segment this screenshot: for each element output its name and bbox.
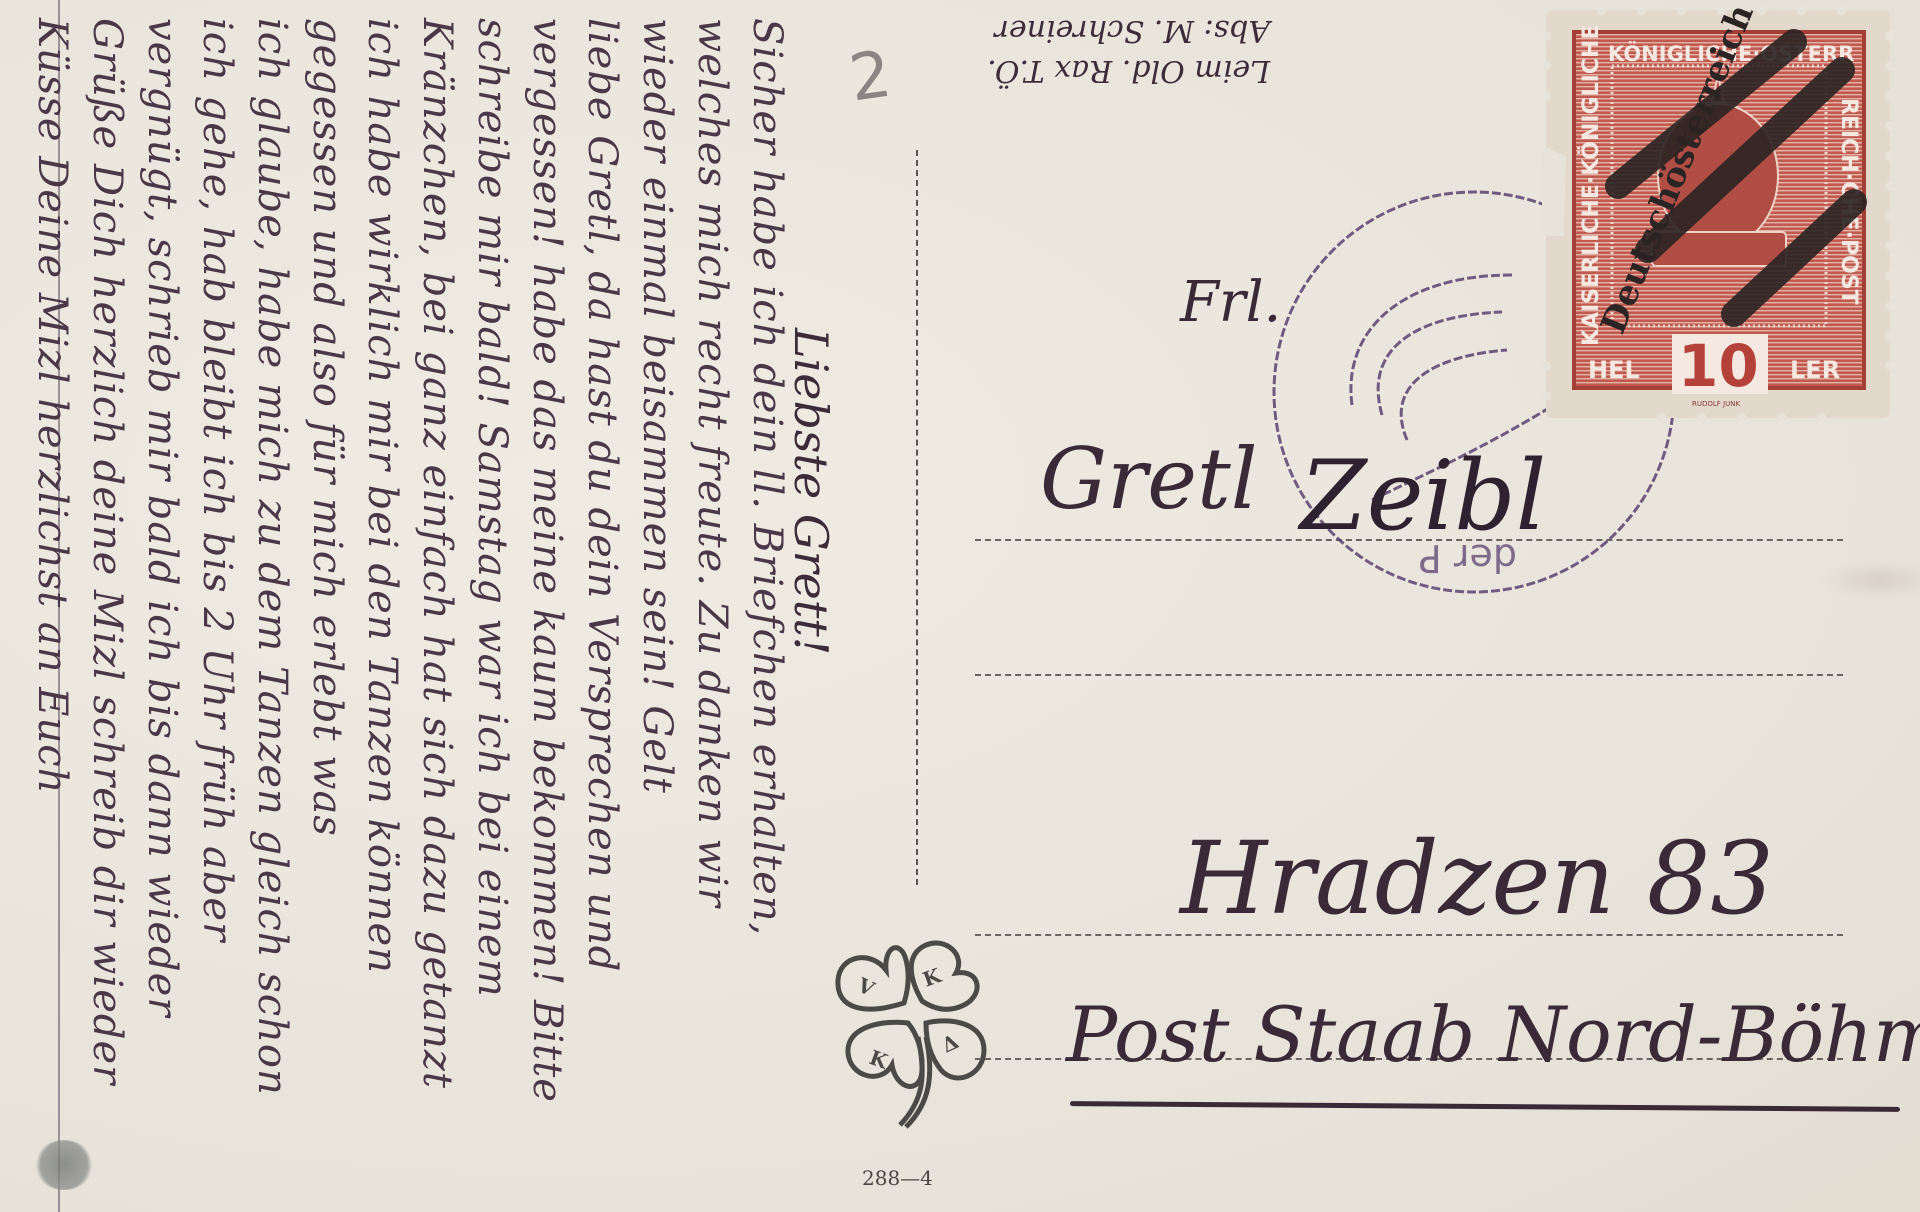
postcard: Sicher habe ich dein ll. Briefchen erhal… <box>0 0 1920 1212</box>
pencil-annotation: 2 <box>845 38 896 117</box>
message-line: wieder einmal beisammen sein! Gelt <box>634 18 680 794</box>
message-line: vergessen! habe das meine kaum bekommen!… <box>524 18 570 1103</box>
message-line: ich gehe, hab bleibt ich bis 2 Uhr früh … <box>194 18 240 942</box>
message-line: Grüße Dich herzlich deine Mizl schreib d… <box>84 18 130 1085</box>
corner-embossed-mark <box>34 1140 94 1190</box>
stamp-denomination-right: LER <box>1790 356 1840 384</box>
recipient-street: Hradzen 83 <box>1180 820 1774 937</box>
postage-stamp: KÖNIGLICHE·OSTERR KAISERLICHE·KÖNIGLICHE… <box>1542 6 1894 422</box>
message-line: Küsse Deine Mizl herzlichst an Euch <box>29 18 75 794</box>
sender-address: Leim Old. Rax T.Ö. Abs: M. Schreiner <box>940 10 1270 90</box>
message-line: ich glaube, habe mich zu dem Tanzen glei… <box>249 18 295 1096</box>
post-line-underline <box>1070 1101 1900 1112</box>
message-line: welches mich recht freute. Zu danken wir <box>689 18 735 908</box>
logo-letter: Δ <box>938 1029 962 1057</box>
stamp-denomination: 10 <box>1678 332 1759 400</box>
message-line: Kränzchen, bei ganz einfach hat sich daz… <box>414 18 460 1089</box>
message-line: vergnügt, schrieb mir bald ich bis dann … <box>139 18 185 1017</box>
recipient-post-line: Post Staab Nord-Böhmen <box>1066 990 1920 1079</box>
address-line-2 <box>975 674 1843 676</box>
logo-letter: K <box>920 963 945 992</box>
print-number: 288—4 <box>862 1166 933 1190</box>
sender-line: Leim Old. Rax T.Ö. <box>940 50 1270 90</box>
message-line: ich habe wirklich mir bei den Tanzen kön… <box>359 18 405 974</box>
stamp-left-text: KAISERLICHE·KÖNIGLICHE <box>1578 25 1604 346</box>
logo-letter: V <box>853 972 879 1001</box>
message-line: liebe Gretl, da hast du dein Versprechen… <box>579 18 625 972</box>
sender-line: Abs: M. Schreiner <box>940 10 1270 50</box>
recipient-first-name: Gretl <box>1040 430 1258 528</box>
message-salutation: Liebste Grett! <box>784 328 838 655</box>
four-leaf-clover-logo-icon: V K Δ K <box>826 925 1006 1135</box>
recipient-last-name: Zeibl <box>1300 440 1546 552</box>
center-divider <box>916 150 918 885</box>
stamp-engraver: RUDOLF JUNK <box>1692 400 1740 408</box>
message-line: schreibe mir bald! Samstag war ich bei e… <box>469 18 515 998</box>
stamp-denomination-left: HEL <box>1588 356 1640 384</box>
message-line: gegessen und also für mich erlebt was <box>304 18 350 837</box>
